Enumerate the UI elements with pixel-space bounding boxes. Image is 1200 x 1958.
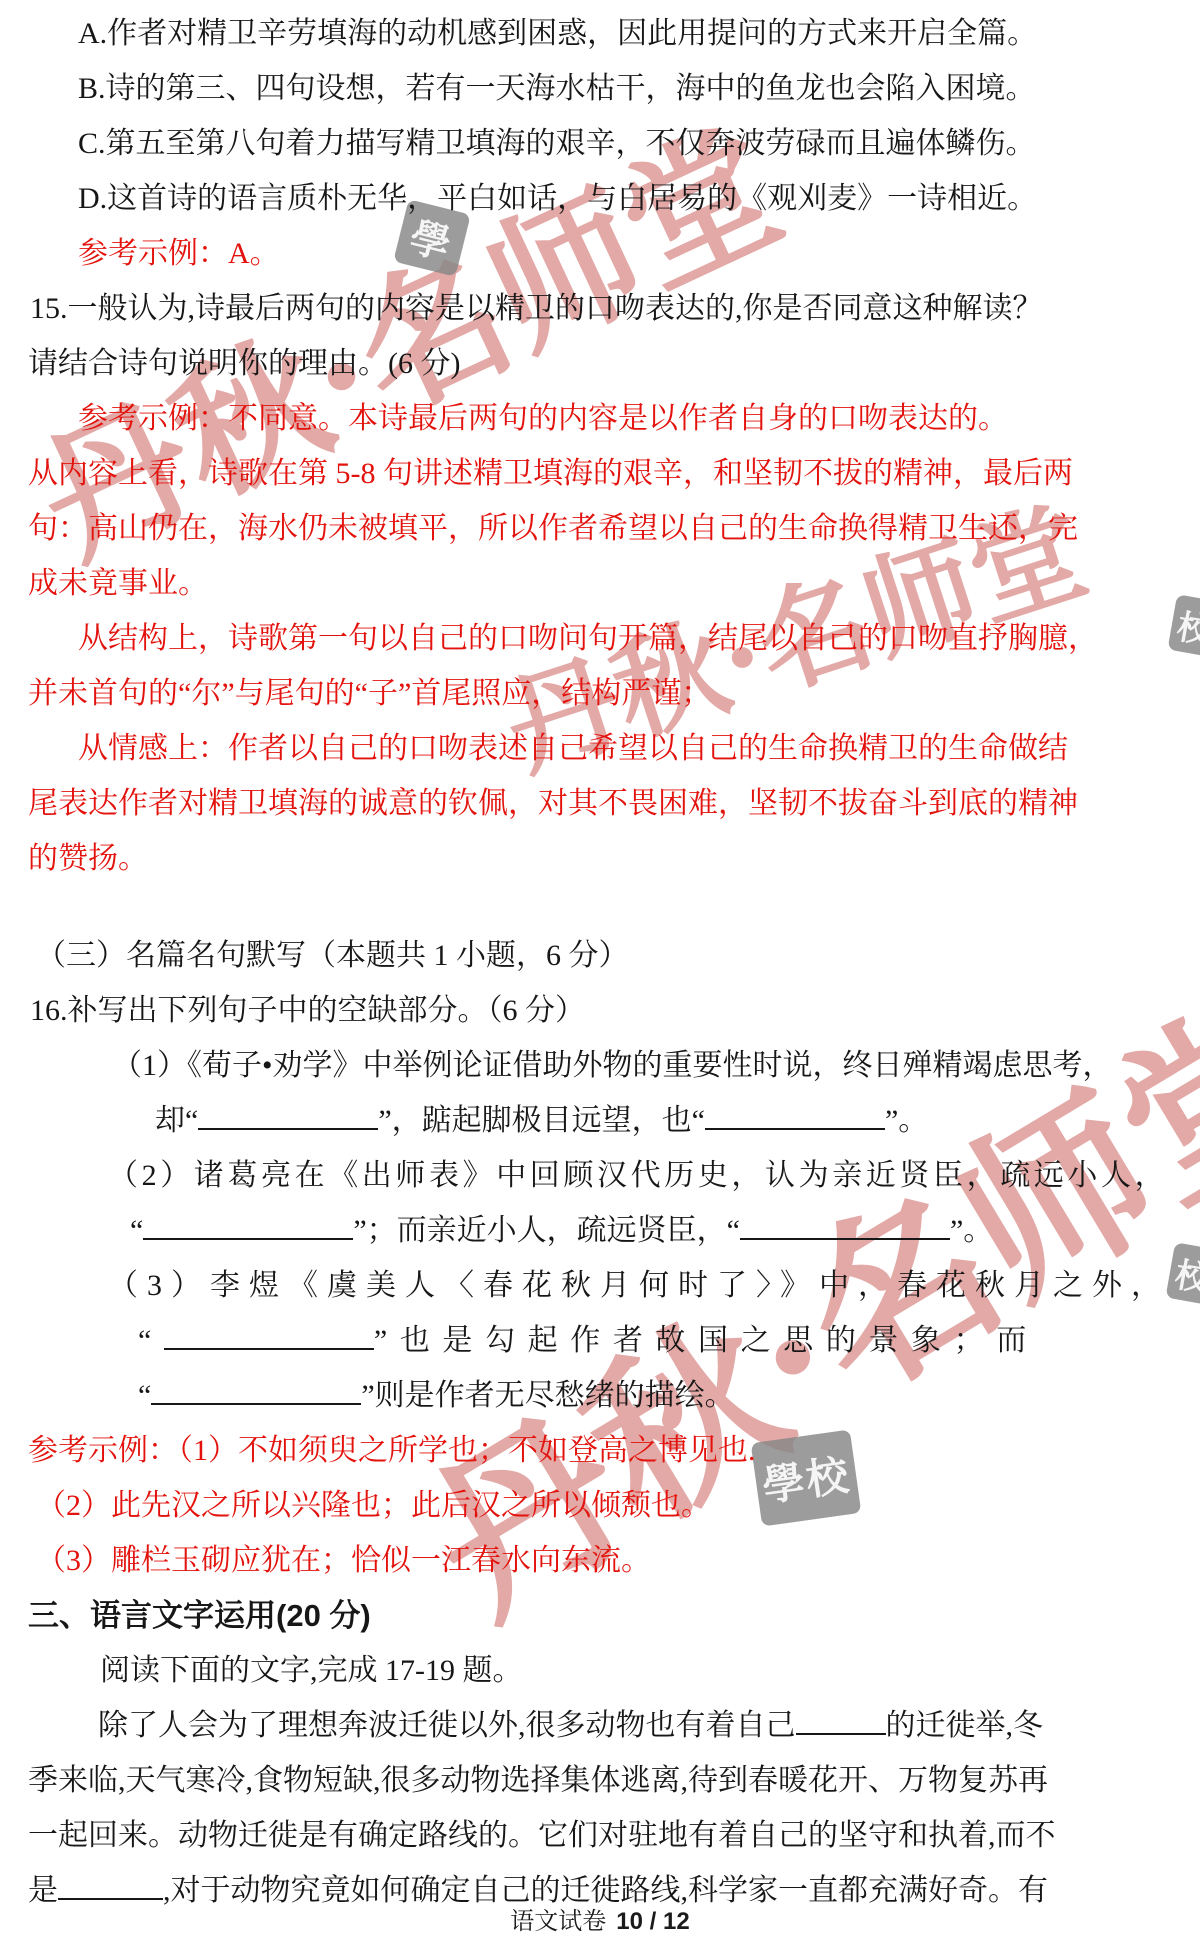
- page-footer: 语文试卷 10 / 12: [0, 1901, 1200, 1936]
- answer-text-line: 参考示例：A。: [0, 226, 1200, 281]
- document-body: A.作者对精卫辛劳填海的动机感到困惑，因此用提问的方式来开启全篇。B.诗的第三、…: [0, 6, 1200, 1918]
- question-text-line: 却“”，踮起脚极目远望，也“”。: [0, 1093, 1200, 1148]
- answer-text-line: 成未竟事业。: [0, 556, 1200, 611]
- footer-page-number: 10 / 12: [616, 1908, 689, 1936]
- question-text-line: D.这首诗的语言质朴无华，平白如话，与白居易的《观刈麦》一诗相近。: [0, 171, 1200, 226]
- answer-text-line: 参考示例：（1）不如须臾之所学也；不如登高之博见也.: [0, 1423, 1200, 1478]
- question-text-line: C.第五至第八句着力描写精卫填海的艰辛，不仅奔波劳碌而且遍体鳞伤。: [0, 116, 1200, 171]
- question-text-line: “”则是作者无尽愁绪的描绘。: [0, 1368, 1200, 1423]
- question-text-line: 16.补写出下列句子中的空缺部分。（6 分）: [0, 983, 1200, 1038]
- answer-text-line: （3）雕栏玉砌应犹在；恰似一江春水向东流。: [0, 1533, 1200, 1588]
- question-text-line: 15.一般认为,诗最后两句的内容是以精卫的口吻表达的,你是否同意这种解读？: [0, 281, 1200, 336]
- question-text-line: A.作者对精卫辛劳填海的动机感到困惑，因此用提问的方式来开启全篇。: [0, 6, 1200, 61]
- footer-doc-title: 语文试卷: [510, 1901, 606, 1936]
- answer-blank: [198, 1100, 378, 1131]
- answer-blank: [705, 1100, 885, 1131]
- answer-text-line: 并未首句的“尔”与尾句的“子”首尾照应，结构严谨；: [0, 666, 1200, 721]
- question-text-line: 三、语言文字运用(20 分): [0, 1588, 1200, 1643]
- question-text-line: 一起回来。动物迁徙是有确定路线的。它们对驻地有着自己的坚守和执着,而不: [0, 1808, 1200, 1863]
- answer-blank: [58, 1870, 163, 1901]
- question-text-line: （1）《荀子•劝学》中举例论证借助外物的重要性时说，终日殚精竭虑思考，: [0, 1038, 1200, 1093]
- answer-blank: [796, 1705, 886, 1736]
- question-text-line: （3）李煜《虞美人〈春花秋月何时了〉》中，春花秋月之外，: [0, 1258, 1200, 1313]
- question-text-line: 请结合诗句说明你的理由。(6 分): [0, 336, 1200, 391]
- question-text-line: 季来临,天气寒冷,食物短缺,很多动物选择集体逃离,待到春暖花开、万物复苏再: [0, 1753, 1200, 1808]
- question-text-line: “”也是勾起作者故国之思的景象；而: [0, 1313, 1200, 1368]
- question-text-line: 除了人会为了理想奔波迁徙以外,很多动物也有着自己的迁徙举,冬: [0, 1698, 1200, 1753]
- answer-text-line: 从内容上看，诗歌在第 5-8 句讲述精卫填海的艰辛，和坚韧不拔的精神，最后两: [0, 446, 1200, 501]
- answer-blank: [143, 1210, 353, 1241]
- answer-text-line: 尾表达作者对精卫填海的诚意的钦佩，对其不畏困难，坚韧不拔奋斗到底的精神: [0, 776, 1200, 831]
- answer-text-line: 从结构上，诗歌第一句以自己的口吻问句开篇，结尾以自己的口吻直抒胸臆，: [0, 611, 1200, 666]
- question-text-line: 阅读下面的文字,完成 17-19 题。: [0, 1643, 1200, 1698]
- answer-blank: [164, 1320, 374, 1351]
- question-text-line: “”；而亲近小人，疏远贤臣，“”。: [0, 1203, 1200, 1258]
- question-text-line: （2）诸葛亮在《出师表》中回顾汉代历史，认为亲近贤臣，疏远小人，: [0, 1148, 1200, 1203]
- answer-text-line: 从情感上：作者以自己的口吻表述自己希望以自己的生命换精卫的生命做结: [0, 721, 1200, 776]
- question-text-line: （三）名篇名句默写（本题共 1 小题，6 分）: [0, 928, 1200, 983]
- answer-text-line: 的赞扬。: [0, 831, 1200, 886]
- question-text-line: B.诗的第三、四句设想，若有一天海水枯干，海中的鱼龙也会陷入困境。: [0, 61, 1200, 116]
- answer-blank: [151, 1375, 361, 1406]
- answer-blank: [740, 1210, 950, 1241]
- answer-text-line: （2）此先汉之所以兴隆也；此后汉之所以倾颓也。: [0, 1478, 1200, 1533]
- answer-text-line: 句：高山仍在，海水仍未被填平，所以作者希望以自己的生命换得精卫生还，完: [0, 501, 1200, 556]
- answer-text-line: 参考示例：不同意。本诗最后两句的内容是以作者自身的口吻表达的。: [0, 391, 1200, 446]
